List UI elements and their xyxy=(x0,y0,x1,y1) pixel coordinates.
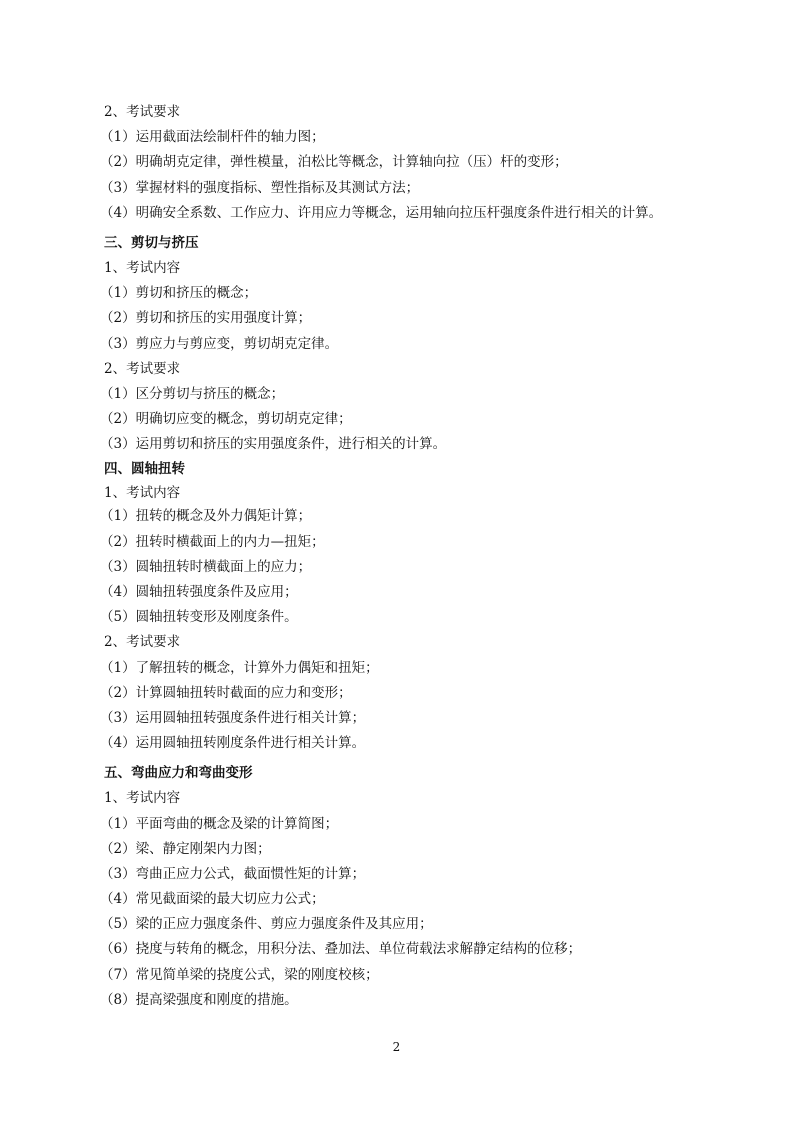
list-item: （2）计算圆轴扭转时截面的应力和变形； xyxy=(100,681,704,706)
subsection-title: 1、考试内容 xyxy=(104,786,704,811)
list-item: （1）平面弯曲的概念及梁的计算简图； xyxy=(100,812,704,837)
document-page: 2、考试要求 （1）运用截面法绘制杆件的轴力图； （2）明确胡克定律，弹性模量，… xyxy=(0,0,793,1122)
list-item: （8）提高梁强度和刚度的措施。 xyxy=(100,988,704,1013)
list-item: （5）梁的正应力强度条件、剪应力强度条件及其应用； xyxy=(100,912,704,937)
list-item: （3）圆轴扭转时横截面上的应力； xyxy=(100,555,704,580)
list-item: （2）剪切和挤压的实用强度计算； xyxy=(100,306,704,331)
list-item: （4）明确安全系数、工作应力、许用应力等概念，运用轴向拉压杆强度条件进行相关的计… xyxy=(100,201,704,226)
list-item: （2）明确切应变的概念，剪切胡克定律； xyxy=(100,407,704,432)
list-item: （4）运用圆轴扭转刚度条件进行相关计算。 xyxy=(100,731,704,756)
list-item: （3）弯曲正应力公式，截面惯性矩的计算； xyxy=(100,862,704,887)
list-item: （3）运用剪切和挤压的实用强度条件，进行相关的计算。 xyxy=(100,432,704,457)
list-item: （1）剪切和挤压的概念； xyxy=(100,281,704,306)
section-torsion: 四、圆轴扭转 1、考试内容 （1）扭转的概念及外力偶矩计算； （2）扭转时横截面… xyxy=(104,457,704,756)
section-continuation: 2、考试要求 （1）运用截面法绘制杆件的轴力图； （2）明确胡克定律，弹性模量，… xyxy=(104,100,704,226)
list-item: （1）扭转的概念及外力偶矩计算； xyxy=(100,504,704,529)
list-item: （1）运用截面法绘制杆件的轴力图； xyxy=(100,125,704,150)
list-item: （1）了解扭转的概念，计算外力偶矩和扭矩； xyxy=(100,656,704,681)
list-item: （6）挠度与转角的概念，用积分法、叠加法、单位荷载法求解静定结构的位移； xyxy=(100,937,704,962)
section-heading: 五、弯曲应力和弯曲变形 xyxy=(104,761,704,786)
subsection-title: 1、考试内容 xyxy=(104,482,704,504)
list-item: （4）常见截面梁的最大切应力公式； xyxy=(100,887,704,912)
list-item: （1）区分剪切与挤压的概念； xyxy=(100,382,704,407)
page-number: 2 xyxy=(0,1040,793,1054)
section-shear-and-bearing: 三、剪切与挤压 1、考试内容 （1）剪切和挤压的概念； （2）剪切和挤压的实用强… xyxy=(104,231,704,458)
subsection-title: 1、考试内容 xyxy=(104,256,704,281)
list-item: （2）梁、静定刚架内力图； xyxy=(100,837,704,862)
list-item: （2）扭转时横截面上的内力—扭矩； xyxy=(100,530,704,555)
list-item: （2）明确胡克定律，弹性模量，泊松比等概念，计算轴向拉（压）杆的变形； xyxy=(100,150,704,175)
page-content: 2、考试要求 （1）运用截面法绘制杆件的轴力图； （2）明确胡克定律，弹性模量，… xyxy=(104,100,704,1013)
list-item: （3）剪应力与剪应变，剪切胡克定律。 xyxy=(100,332,704,357)
section-heading: 四、圆轴扭转 xyxy=(104,457,704,482)
subsection-title: 2、考试要求 xyxy=(104,630,704,655)
subsection-title: 2、考试要求 xyxy=(104,357,704,382)
list-item: （3）运用圆轴扭转强度条件进行相关计算； xyxy=(100,706,704,731)
list-item: （5）圆轴扭转变形及刚度条件。 xyxy=(100,605,704,630)
section-bending: 五、弯曲应力和弯曲变形 1、考试内容 （1）平面弯曲的概念及梁的计算简图； （2… xyxy=(104,761,704,1013)
list-item: （3）掌握材料的强度指标、塑性指标及其测试方法； xyxy=(100,176,704,201)
list-item: （7）常见简单梁的挠度公式，梁的刚度校核； xyxy=(100,963,704,988)
section-heading: 三、剪切与挤压 xyxy=(104,231,704,256)
list-item: （4）圆轴扭转强度条件及应用； xyxy=(100,580,704,605)
subsection-title: 2、考试要求 xyxy=(104,100,704,125)
